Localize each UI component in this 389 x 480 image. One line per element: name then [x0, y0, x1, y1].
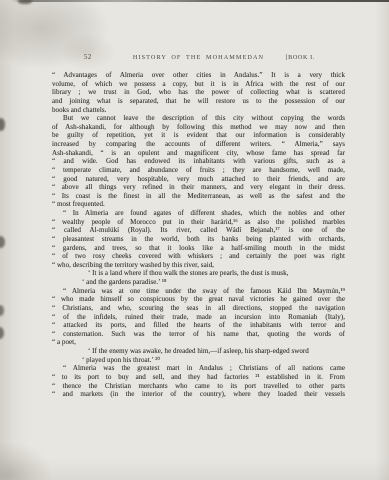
text-line: books and chattels. [52, 106, 345, 115]
running-header: 52 HISTORY OF THE MOHAMMEDAN [BOOK I. [52, 54, 345, 64]
text-line: “ of the infidels, ruined their trade, m… [52, 313, 345, 322]
text-line: “ who made himself so conspicuous by the… [52, 295, 345, 304]
text-line: “ of two rosy cheeks covered with whiske… [52, 252, 345, 261]
text-line: of Ash-shakandi, for although by followi… [52, 123, 345, 132]
scan-artifact [0, 236, 5, 248]
text-line: “ good natured, very hospitable, very mu… [52, 175, 345, 184]
text-line: ‘ It is a land where if thou walk the st… [52, 269, 345, 278]
text-line: “ thence the Christian merchants who cam… [52, 382, 345, 391]
text-line: “ and markets (in the interior of the co… [52, 390, 345, 399]
text-line: “ to its port to buy and sell, and they … [52, 373, 345, 382]
text-line: ‘ and the gardens paradise.’ ¹⁸ [52, 278, 345, 287]
text-line: and joining what is separated, that he w… [52, 97, 345, 106]
scan-edge-line [10, 0, 389, 2]
text-line: “ Christians, and who, scouring the seas… [52, 304, 345, 313]
text-line: library ; we trust in God, who has the p… [52, 88, 345, 97]
text-line: “ Almeria was the greatest mart in Andal… [52, 364, 345, 373]
text-line: Ash-shakandi, “ is an opulent and magnif… [52, 149, 345, 158]
text-line: “ called Al-mulúkí (Royal). Its river, c… [52, 226, 345, 235]
text-line: volume, of which we possess a copy, but … [52, 80, 345, 89]
text-line: “ Almeria was at one time under the sway… [52, 287, 345, 296]
text-line: ‘ If the enemy was awake, he dreaded him… [52, 347, 345, 356]
scan-artifact [0, 305, 4, 316]
scan-artifact [0, 118, 5, 131]
scan-artifact [18, 0, 32, 4]
text-line: “ wealthy people of Morocco put in their… [52, 218, 345, 227]
text-line: But we cannot leave the description of t… [52, 114, 345, 123]
text-line: ‘ played upon his throat.’ ²⁰ [52, 356, 345, 365]
text-line: “ above all things very refined in their… [52, 183, 345, 192]
text-line: “ most frequented. [52, 200, 345, 209]
text-line: “ who, describing the territory washed b… [52, 261, 345, 270]
text-body: “ Advantages of Almeria over other citie… [52, 71, 345, 399]
text-line: “ Its coast is the finest in all the Med… [52, 192, 345, 201]
scan-artifact [0, 327, 4, 339]
text-line: “ pleasantest streams in the world, both… [52, 235, 345, 244]
text-line: “ gardens, and trees, so that it looks l… [52, 244, 345, 253]
text-line: “ consternation. Such was the terror of … [52, 330, 345, 339]
scan-stain [0, 420, 70, 480]
text-line: “ attacked its ports, and filled the hea… [52, 321, 345, 330]
scanned-book-page: { "colors": { "paper": "#e8e6e0", "ink":… [0, 0, 389, 480]
text-line: “ a poet, [52, 338, 345, 347]
text-line: “ temperate climate, and abundance of fr… [52, 166, 345, 175]
text-line: increased by comparing the accounts of d… [52, 140, 345, 149]
text-line: be guilty of repetition, yet it is evide… [52, 131, 345, 140]
text-line: “ In Almeria are found agates of differe… [52, 209, 345, 218]
text-line: “ and wide. God has endowed its inhabita… [52, 157, 345, 166]
text-line: “ Advantages of Almeria over other citie… [52, 71, 345, 80]
book-marker: [BOOK I. [285, 54, 315, 61]
page-background: 52 HISTORY OF THE MOHAMMEDAN [BOOK I. “ … [0, 0, 389, 480]
